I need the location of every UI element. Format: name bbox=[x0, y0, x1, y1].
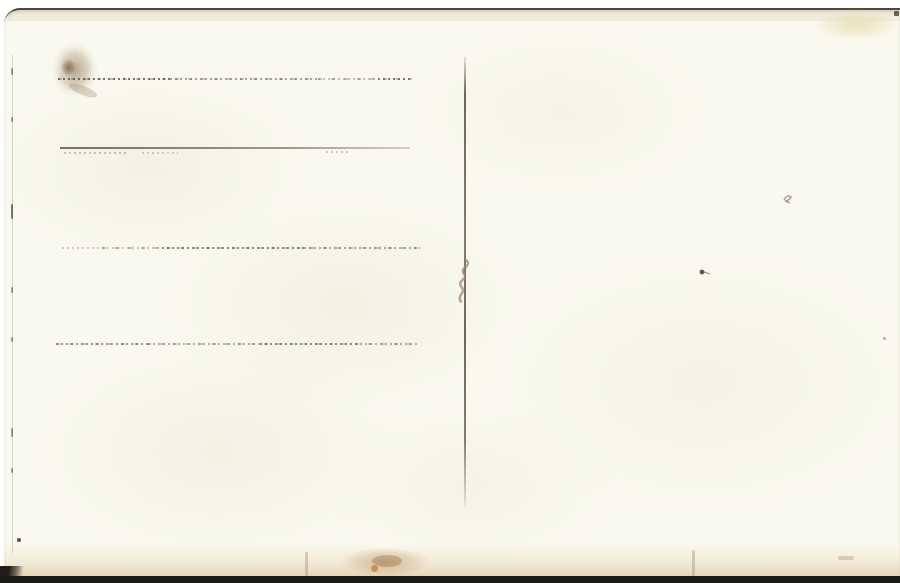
bottom-aging-band bbox=[4, 543, 900, 578]
bottom-orange-speck bbox=[371, 565, 378, 572]
bottom-smudge bbox=[838, 556, 854, 560]
left-edge-dash bbox=[11, 428, 13, 437]
dotted-writing-line-1 bbox=[58, 78, 412, 80]
subline-dots bbox=[326, 151, 350, 153]
left-edge-dash bbox=[11, 287, 13, 293]
top-edge-shadow-tint bbox=[8, 11, 900, 21]
left-edge-dash bbox=[11, 468, 13, 473]
ink-squiggle-mark bbox=[450, 257, 478, 305]
left-edge-dash bbox=[11, 68, 13, 75]
left-edge-dash bbox=[11, 337, 13, 342]
top-left-stain-core bbox=[61, 59, 76, 76]
tiny-right-speck bbox=[883, 337, 886, 340]
small-gray-squiggle-speck bbox=[781, 192, 795, 205]
postcard-scan bbox=[0, 0, 900, 583]
dark-ink-speck-with-tail bbox=[698, 267, 712, 277]
subline-dots bbox=[64, 152, 126, 154]
subline-dots bbox=[142, 152, 178, 154]
top-right-discoloration bbox=[792, 9, 900, 53]
dotted-writing-line-3 bbox=[56, 343, 418, 345]
solid-writing-line bbox=[60, 147, 410, 149]
left-edge-dash bbox=[11, 204, 13, 219]
dash-overlay bbox=[56, 343, 418, 345]
top-right-corner-speck bbox=[894, 11, 899, 16]
bottom-smudge bbox=[305, 552, 308, 576]
left-edge-crease-line bbox=[12, 55, 13, 553]
dash-overlay bbox=[102, 247, 420, 249]
bottom-smudge bbox=[692, 550, 695, 576]
dash-overlay bbox=[58, 78, 412, 80]
bottom-shadow-strip bbox=[0, 576, 900, 583]
dotted-writing-line-2 bbox=[62, 247, 420, 249]
left-margin-ink-dot bbox=[17, 538, 21, 542]
left-edge-dash bbox=[11, 117, 13, 122]
